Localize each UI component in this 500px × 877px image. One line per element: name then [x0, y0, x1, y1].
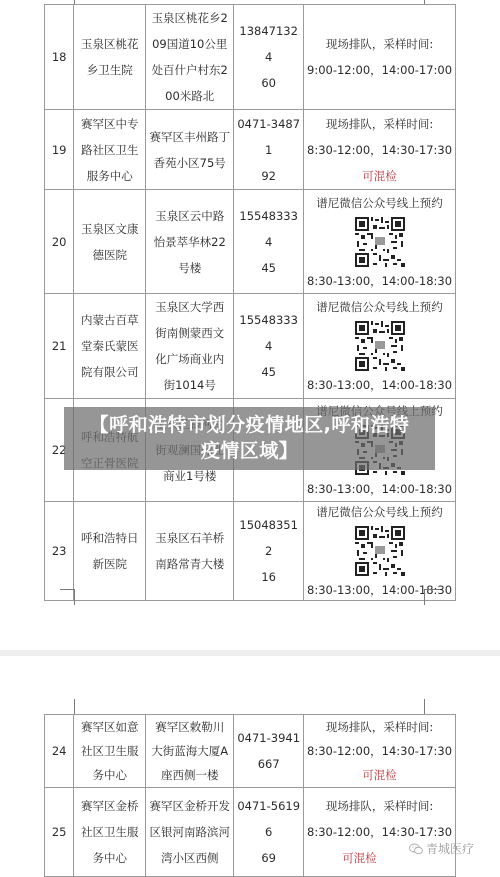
site-phone: 0471-56196 69 [234, 788, 304, 877]
table-row: 24 赛罕区如意 社区卫生服 务中心 赛罕区敕勒川 大街蓝海大厦A 座西侧一楼 … [45, 715, 456, 788]
watermark-text: 青城医疗 [426, 842, 474, 856]
site-schedule: 现场排队，采样时间: 9:00-12:00，14:00-17:00 [304, 5, 456, 110]
crop-mark [60, 589, 75, 590]
site-phone: 155483334 45 [234, 190, 304, 294]
row-number: 19 [45, 110, 74, 190]
site-phone: 0471-34871 92 [234, 110, 304, 190]
site-address: 玉泉区云中路 怡景萃华林22 号楼 [146, 190, 234, 294]
crop-mark [424, 699, 425, 715]
testing-sites-table-continued: 24 赛罕区如意 社区卫生服 务中心 赛罕区敕勒川 大街蓝海大厦A 座西侧一楼 … [44, 714, 456, 877]
site-schedule: 现场排队，采样时间: 8:30-12:00，14:30-17:30 可混检 [304, 715, 456, 788]
site-name: 呼和浩特日 新医院 [74, 502, 146, 601]
site-schedule: 谱尼微信公众号线上预约 [304, 294, 456, 399]
row-number: 25 [45, 788, 74, 877]
site-schedule: 谱尼微信公众号线上预约 [304, 190, 456, 294]
row-number: 23 [45, 502, 74, 601]
title-banner-overlay: 【呼和浩特市划分疫情地区,呼和浩特 疫情区域】 [64, 407, 435, 470]
site-address: 玉泉区石羊桥 南路常青大楼 [146, 502, 234, 601]
crop-mark [74, 699, 75, 715]
site-name: 赛罕区如意 社区卫生服 务中心 [74, 715, 146, 788]
qr-code-icon[interactable] [355, 526, 405, 576]
row-number: 21 [45, 294, 74, 399]
site-address: 赛罕区敕勒川 大街蓝海大厦A 座西侧一楼 [146, 715, 234, 788]
table-row: 20 玉泉区文康 德医院 玉泉区云中路 怡景萃华林22 号楼 155483334… [45, 190, 456, 294]
mixed-test-note: 可混检 [306, 163, 453, 189]
site-address: 赛罕区丰州路丁 香苑小区75号 [146, 110, 234, 190]
table-row: 23 呼和浩特日 新医院 玉泉区石羊桥 南路常青大楼 150483512 16 … [45, 502, 456, 601]
site-name: 内蒙古百草 堂秦氏蒙医 院有限公司 [74, 294, 146, 399]
site-name: 玉泉区文康 德医院 [74, 190, 146, 294]
site-address: 玉泉区大学西 街南侧蒙西文 化广场商业内 街1014号 [146, 294, 234, 399]
mixed-test-note: 可混检 [306, 763, 453, 787]
site-schedule: 现场排队，采样时间: 8:30-12:00，14:30-17:30 可混检 [304, 788, 456, 877]
site-address: 玉泉区桃花乡2 09国道10公里 处百什户村东2 00米路北 [146, 5, 234, 110]
wechat-icon [409, 843, 423, 855]
row-number: 20 [45, 190, 74, 294]
qr-code-icon[interactable] [355, 217, 405, 267]
table-row: 19 赛罕区中专 路社区卫生 服务中心 赛罕区丰州路丁 香苑小区75号 0471… [45, 110, 456, 190]
site-phone: 0471-3941 667 [234, 715, 304, 788]
site-phone: 138471324 60 [234, 5, 304, 110]
crop-mark [424, 589, 425, 605]
banner-title-line-2: 疫情区域】 [64, 438, 435, 464]
site-name: 赛罕区金桥 社区卫生服 务中心 [74, 788, 146, 877]
site-address: 赛罕区金桥开发 区银河南路滨河 湾小区西侧 [146, 788, 234, 877]
source-watermark: 青城医疗 [409, 840, 474, 857]
document-page-top: 18 玉泉区桃花 乡卫生院 玉泉区桃花乡2 09国道10公里 处百什户村东2 0… [0, 0, 500, 650]
crop-mark [424, 589, 440, 590]
crop-mark [74, 589, 75, 605]
row-number: 18 [45, 5, 74, 110]
table-row: 18 玉泉区桃花 乡卫生院 玉泉区桃花乡2 09国道10公里 处百什户村东2 0… [45, 5, 456, 110]
site-phone: 150483512 16 [234, 502, 304, 601]
table-row: 21 内蒙古百草 堂秦氏蒙医 院有限公司 玉泉区大学西 街南侧蒙西文 化广场商业… [45, 294, 456, 399]
site-name: 玉泉区桃花 乡卫生院 [74, 5, 146, 110]
banner-title-line-1: 【呼和浩特市划分疫情地区,呼和浩特 [64, 412, 435, 438]
site-phone: 155483334 45 [234, 294, 304, 399]
site-name: 赛罕区中专 路社区卫生 服务中心 [74, 110, 146, 190]
qr-code-icon[interactable] [355, 321, 405, 371]
table-row: 25 赛罕区金桥 社区卫生服 务中心 赛罕区金桥开发 区银河南路滨河 湾小区西侧… [45, 788, 456, 877]
site-schedule: 现场排队，采样时间: 8:30-12:00，14:30-17:30 可混检 [304, 110, 456, 190]
row-number: 24 [45, 715, 74, 788]
testing-sites-table: 18 玉泉区桃花 乡卫生院 玉泉区桃花乡2 09国道10公里 处百什户村东2 0… [44, 4, 456, 601]
site-schedule: 谱尼微信公众号线上预约 [304, 502, 456, 601]
